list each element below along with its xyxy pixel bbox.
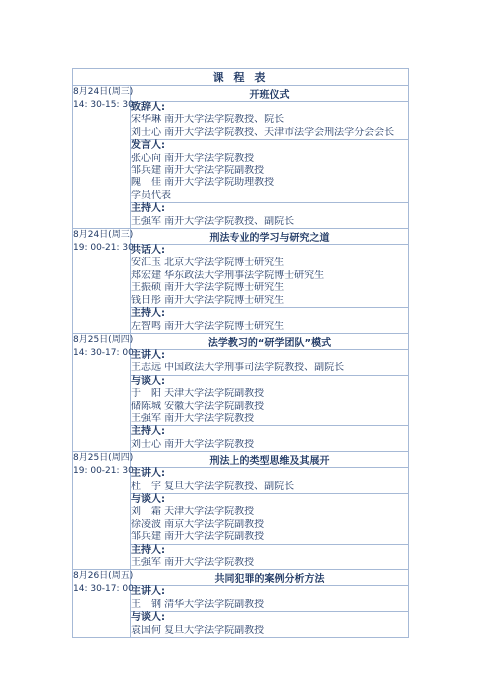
speaker-line: 徐凌波 南京大学法学院副教授 bbox=[131, 519, 408, 531]
session-datetime: 8月25日(周四) 19: 00-21: 30 bbox=[73, 452, 131, 570]
speaker-line: 宋华琳 南开大学法学院教授、院长 bbox=[131, 114, 408, 126]
speaker-block: 与谈人: 于 阳 天津大学法学院副教授 储陈城 安徽大学法学院副教授 王强军 南… bbox=[131, 375, 409, 426]
speaker-block: 共话人: 安汇玉 北京大学法学院博士研究生 郑宏建 华东政法大学刑事法学院博士研… bbox=[131, 245, 409, 308]
document-page: 课 程 表 8月24日(周三) 14: 30-15: 30 开班仪式 致辞人: … bbox=[0, 0, 479, 677]
speaker-line: 于 阳 天津大学法学院副教授 bbox=[131, 388, 408, 400]
session-row: 8月24日(周三) 19: 00-21: 30 刑法专业的学习与研究之道 bbox=[73, 229, 409, 245]
speaker-role-label: 与谈人: bbox=[131, 494, 408, 506]
speaker-line: 安汇玉 北京大学法学院博士研究生 bbox=[131, 257, 408, 269]
speaker-role-label: 致辞人: bbox=[131, 102, 408, 114]
speaker-line: 王强军 南开大学法学院教授、副院长 bbox=[131, 216, 408, 228]
speaker-block: 主讲人: 王志远 中国政法大学刑事司法学院教授、副院长 bbox=[131, 349, 409, 375]
speaker-block: 主持人: 刘士心 南开大学法学院教授 bbox=[131, 426, 409, 452]
session-time: 14: 30-17: 00 bbox=[73, 583, 130, 596]
course-schedule-table: 课 程 表 8月24日(周三) 14: 30-15: 30 开班仪式 致辞人: … bbox=[72, 68, 409, 638]
table-title-row: 课 程 表 bbox=[73, 69, 409, 86]
speaker-line: 钱日彤 南开大学法学院博士研究生 bbox=[131, 295, 408, 307]
speaker-block: 主持人: 左智鸣 南开大学法学院博士研究生 bbox=[131, 308, 409, 334]
speaker-block: 主持人: 王强军 南开大学法学院教授 bbox=[131, 544, 409, 570]
speaker-line: 王振硕 南开大学法学院博士研究生 bbox=[131, 282, 408, 294]
session-time: 14: 30-15: 30 bbox=[73, 99, 130, 112]
speaker-line: 袁国何 复旦大学法学院副教授 bbox=[131, 625, 408, 637]
session-time: 19: 00-21: 30 bbox=[73, 242, 130, 255]
session-date: 8月24日(周三) bbox=[73, 86, 130, 99]
speaker-block: 主讲人: 杜 宇 复旦大学法学院教授、副院长 bbox=[131, 468, 409, 494]
session-datetime: 8月24日(周三) 14: 30-15: 30 bbox=[73, 86, 131, 229]
speaker-role-label: 发言人: bbox=[131, 140, 408, 152]
table-title: 课 程 表 bbox=[73, 69, 409, 86]
session-title: 开班仪式 bbox=[131, 86, 409, 102]
speaker-role-label: 主讲人: bbox=[131, 586, 408, 598]
speaker-line: 左智鸣 南开大学法学院博士研究生 bbox=[131, 321, 408, 333]
session-datetime: 8月26日(周五) 14: 30-17: 00 bbox=[73, 570, 131, 638]
speaker-role-label: 主讲人: bbox=[131, 350, 408, 362]
session-date: 8月25日(周四) bbox=[73, 334, 130, 347]
speaker-line: 刘士心 南开大学法学院教授 bbox=[131, 439, 408, 451]
speaker-role-label: 共话人: bbox=[131, 245, 408, 257]
speaker-line: 邹兵建 南开大学法学院副教授 bbox=[131, 531, 408, 543]
session-title: 共同犯罪的案例分析方法 bbox=[131, 570, 409, 586]
speaker-block: 致辞人: 宋华琳 南开大学法学院教授、院长 刘士心 南开大学法学院教授、天津市法… bbox=[131, 102, 409, 140]
speaker-role-label: 与谈人: bbox=[131, 612, 408, 624]
session-date: 8月24日(周三) bbox=[73, 229, 130, 242]
session-title: 刑法上的类型思维及其展开 bbox=[131, 452, 409, 468]
session-time: 19: 00-21: 30 bbox=[73, 465, 130, 478]
session-row: 8月25日(周四) 14: 30-17: 00 法学教习的“研学团队”模式 bbox=[73, 333, 409, 349]
speaker-role-label: 主持人: bbox=[131, 426, 408, 438]
speaker-role-label: 主持人: bbox=[131, 203, 408, 215]
speaker-role-label: 主持人: bbox=[131, 308, 408, 320]
session-date: 8月25日(周四) bbox=[73, 452, 130, 465]
speaker-line: 王 钢 清华大学法学院副教授 bbox=[131, 599, 408, 611]
speaker-line: 储陈城 安徽大学法学院副教授 bbox=[131, 401, 408, 413]
speaker-line: 学员代表 bbox=[131, 190, 408, 202]
session-date: 8月26日(周五) bbox=[73, 570, 130, 583]
speaker-line: 杜 宇 复旦大学法学院教授、副院长 bbox=[131, 481, 408, 493]
speaker-line: 隗 佳 南开大学法学院助理教授 bbox=[131, 177, 408, 189]
speaker-line: 邹兵建 南开大学法学院副教授 bbox=[131, 165, 408, 177]
speaker-line: 郑宏建 华东政法大学刑事法学院博士研究生 bbox=[131, 270, 408, 282]
speaker-line: 刘 霜 天津大学法学院教授 bbox=[131, 506, 408, 518]
speaker-block: 与谈人: 袁国何 复旦大学法学院副教授 bbox=[131, 612, 409, 638]
session-row: 8月26日(周五) 14: 30-17: 00 共同犯罪的案例分析方法 bbox=[73, 570, 409, 586]
speaker-line: 刘士心 南开大学法学院教授、天津市法学会刑法学分会会长 bbox=[131, 127, 408, 139]
session-time: 14: 30-17: 00 bbox=[73, 347, 130, 360]
speaker-block: 主持人: 王强军 南开大学法学院教授、副院长 bbox=[131, 203, 409, 229]
speaker-block: 主讲人: 王 钢 清华大学法学院副教授 bbox=[131, 586, 409, 612]
speaker-role-label: 主持人: bbox=[131, 545, 408, 557]
speaker-block: 与谈人: 刘 霜 天津大学法学院教授 徐凌波 南京大学法学院副教授 邹兵建 南开… bbox=[131, 493, 409, 544]
session-title: 刑法专业的学习与研究之道 bbox=[131, 229, 409, 245]
session-row: 8月25日(周四) 19: 00-21: 30 刑法上的类型思维及其展开 bbox=[73, 452, 409, 468]
speaker-line: 王志远 中国政法大学刑事司法学院教授、副院长 bbox=[131, 362, 408, 374]
speaker-line: 王强军 南开大学法学院教授 bbox=[131, 557, 408, 569]
speaker-line: 王强军 南开大学法学院教授 bbox=[131, 413, 408, 425]
speaker-line: 张心向 南开大学法学院教授 bbox=[131, 153, 408, 165]
session-title: 法学教习的“研学团队”模式 bbox=[131, 333, 409, 349]
speaker-role-label: 主讲人: bbox=[131, 468, 408, 480]
session-datetime: 8月25日(周四) 14: 30-17: 00 bbox=[73, 333, 131, 451]
speaker-block: 发言人: 张心向 南开大学法学院教授 邹兵建 南开大学法学院副教授 隗 佳 南开… bbox=[131, 140, 409, 203]
speaker-role-label: 与谈人: bbox=[131, 376, 408, 388]
session-datetime: 8月24日(周三) 19: 00-21: 30 bbox=[73, 229, 131, 334]
session-row: 8月24日(周三) 14: 30-15: 30 开班仪式 bbox=[73, 86, 409, 102]
